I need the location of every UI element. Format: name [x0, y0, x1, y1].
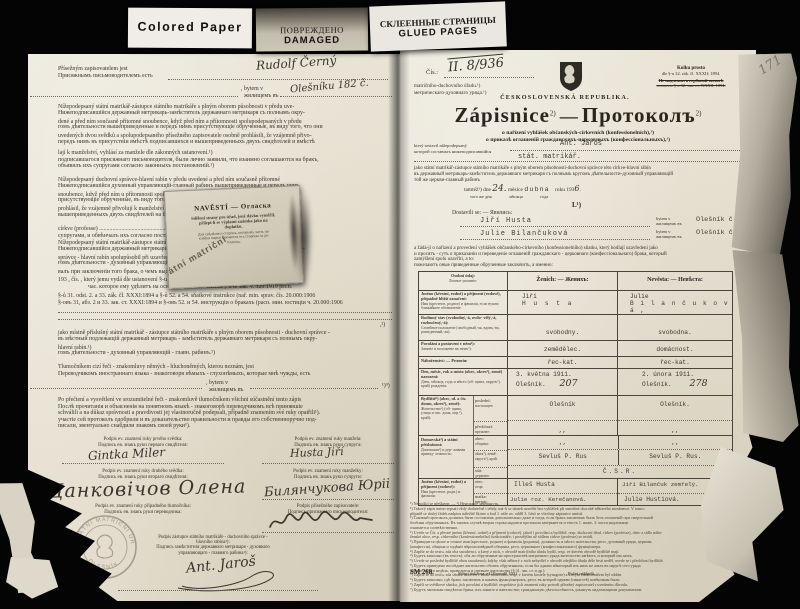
left-page: Přísežným zapisovatelem jest Присяжнымъ …: [28, 54, 400, 601]
text-line: Нижеподписавшійся державный метрикарь-за…: [58, 111, 392, 117]
table-row-citizenship: Domovská³) a státní příslušnost: Домовск…: [419, 436, 732, 479]
state-value-spanning: Č.S.R.: [508, 466, 732, 475]
table-row-birth: Den, měsíc, rok a místo (obec, okres³), …: [419, 369, 732, 396]
groom-column-header: Ženich: — Женихъ:: [508, 272, 618, 290]
bride-name-typed: Julie Bilančuková: [480, 230, 568, 238]
registrar-role-typed: stát. matrikář.: [518, 153, 581, 161]
dark-blotch: [296, 190, 312, 286]
print-run-note: Počet nákladů.: [568, 571, 595, 576]
svg-text:STÁTNÍ MATRIČNÍ ÚŘAD: STÁTNÍ MATRIČNÍ ÚŘAD: [72, 514, 137, 545]
bride-residence-typed: Olešník č.: [696, 229, 737, 237]
bride-bytem-ru: жилищемъ въ: [656, 234, 682, 240]
dept-cs: matričního-duchovního úřadu.¹): [414, 83, 480, 89]
paragraph-declaration-1: Nížepodepsaný státní matrikář-zástupce s…: [58, 105, 392, 149]
bytem2-cs: , bytem v: [206, 380, 228, 386]
first-witness-signature: Gintka Miler: [88, 445, 166, 463]
date-day-handwriting: 24.: [492, 184, 506, 194]
svg-text:OLEŠNÍK: OLEŠNÍK: [87, 558, 121, 571]
table-row-occupation: Povolání a postavení v něm²): Занятіе и …: [419, 341, 732, 357]
groom-residence-typed: Olešník č.: [696, 216, 737, 224]
title-russian: Протоколъ: [582, 103, 696, 127]
dept-ru: метрическаго-духовнаго уряда.¹): [414, 90, 486, 96]
groom-bytem-ru: жилищемъ въ: [656, 221, 682, 227]
who-ru: которой составилъ нижеподписавшійся: [414, 149, 491, 155]
czechoslovak-coat-of-arms: [558, 60, 584, 92]
paragraph-request: a žádá-jí o nařízení a provedení vyhláše…: [414, 246, 750, 268]
protocol-number-handwriting: II. 8/936: [447, 54, 504, 76]
stamp-bottom-text: OLEŠNÍK: [87, 558, 121, 571]
navesti-pasted-slip: NAVĚSTÍ — Огласка Sdělení strany pro úřa…: [164, 185, 304, 289]
paragraph-capacity: jako státní matrikář-zástupce státního m…: [414, 166, 744, 183]
title-czech: Zápisnice: [455, 103, 550, 127]
bride-column-header: Nevěsta: — Невѣста:: [618, 272, 732, 290]
document-title: Zápisnice2) — Протоколъ2): [400, 103, 756, 128]
final-signature-label: Podpis zástupce státního matrikáře - duc…: [138, 535, 288, 556]
text-line: Tlumočníkem cizí řeči - znakomluvy němýc…: [58, 364, 392, 371]
text-line: гомъ дѣятельности - духовный управляющій…: [58, 351, 392, 357]
paragraph-approval: Po přečtení a vysvětlení ve srozumitelné…: [58, 397, 392, 430]
subtitle-cs: o nařízení vyhlášek občanských-církevníc…: [400, 130, 756, 136]
text-line: управляющаго - главнаго рабина¹):: [138, 551, 288, 556]
glued-pages-slip: СКЛЕЕННЫЕ СТРАНИЦЫ GLUED PAGES: [369, 1, 507, 51]
text-line: писали, эвентуально снабдили знакомъ сво…: [58, 423, 392, 430]
page-gutter-shadow: [388, 50, 410, 602]
l-mark: L¹): [572, 201, 581, 209]
republic-heading: ČESKOSLOVENSKÁ REPUBLIKA.: [490, 94, 640, 101]
paragraph-local-registrar: jako místně příslušný státní matrikář - …: [58, 331, 392, 360]
damaged-slip: ПОВРЕЖДЕНО DAMAGED: [256, 8, 368, 52]
appeared-label: Dostavili se: — Явились:: [452, 210, 512, 216]
text-line: гомъ дѣятельности вышеприведенные и пере…: [58, 125, 392, 131]
par-31-ru: §-овъ 31, абз. 2 и 33. зак. ст. XXXI:189…: [58, 300, 398, 306]
clerk-name-handwriting: Rudolf Černý: [256, 53, 337, 73]
table-row-name: Jméno (křestní, rodné) a příjmení (rodov…: [419, 291, 732, 315]
sig-label-interpreter: Podpis ev. znamení ruky případného tlumo…: [54, 504, 232, 515]
text-line: пожелаютъ оные приведенные обрученные за…: [414, 263, 750, 269]
persons-table: Osobní údaj: Личное указаніе: Ženich: — …: [418, 271, 733, 506]
registrar-name-typed: Ant. Jaroš: [560, 140, 602, 148]
bytem-label-ru: жилищемъ въ: [244, 93, 278, 99]
par-31-cs: §-ů 31. odst. 2. a 33. zák. čl. XXXI:189…: [58, 293, 398, 299]
wife-signature: Билянчукова Юріі: [264, 477, 391, 501]
text-line: въ мѣстный подлежащій державный метрикар…: [58, 337, 392, 343]
colored-paper-label: Colored Paper: [128, 20, 252, 35]
stamp-top-text: STÁTNÍ MATRIČNÍ ÚŘAD: [72, 514, 137, 545]
table-header-row: Osobní údaj: Личное указаніе: Ženich: — …: [419, 272, 732, 291]
text-line: передъ нимъ въ присутствіи вмѣстѣ подпис…: [58, 140, 392, 146]
second-witness-signature: Данковічов Олена: [48, 475, 247, 502]
comma-sup-2: ,²): [380, 322, 385, 328]
text-line: Подпись замѣстителя державнаго метрикаря…: [138, 545, 288, 550]
damaged-label-en: DAMAGED: [256, 35, 368, 47]
text-line: Переводчикомъ иностраннаго языка - знако…: [58, 371, 392, 378]
paragraph-interpreter: Tlumočníkem cizí řeči - znakomluvy němýc…: [58, 364, 392, 378]
date-line: tamtéž¹) dne 24. měsíce dubna roku 1936.: [464, 186, 581, 193]
scanned-archive-document: Přísežným zapisovatelem jest Присяжнымъ …: [0, 0, 800, 609]
clerk-residence-handwriting: Olešníku 182 č.: [290, 78, 369, 96]
colored-paper-slip: Colored Paper: [128, 8, 252, 49]
form-number: SM 268.: [410, 569, 434, 576]
number-label: Čís.:: [426, 70, 438, 76]
table-row-religion: Náboženství: — Религія: řec-kat. řec-kat…: [419, 357, 732, 369]
printer-imprint: Státní tiskárna v Užhorodě 1931.: [458, 571, 519, 576]
stamp-duty-note: Kolku prosto dle §-u 32. zák. čl. XXXII:…: [632, 66, 750, 88]
table-row-marital-status: Rodinný stav (svobodný,-á, ovdo- vělý,-á…: [419, 315, 732, 341]
date-line-ru: того же дня мѣсяца года: [470, 194, 548, 200]
date-month-typed: dubna: [524, 186, 549, 194]
clerk-label-cs: Přísežným zapisovatelem jest: [58, 66, 128, 72]
birth-number-handwriting: 278: [689, 378, 707, 389]
bytem2-ru: жилищемъ въ: [209, 387, 243, 393]
bytem-label-cs: , bytem v: [241, 86, 263, 92]
text-line: lají k manželství, vyhlásí za manžele dl…: [58, 150, 392, 157]
birth-number-handwriting: 207: [559, 378, 577, 389]
locus-sigilli: L. S.: [68, 542, 79, 548]
text-line: той же церкви-главный рабинъ: [414, 178, 744, 184]
text-line: объявилъ ихъ супругами согласно законных…: [58, 163, 392, 170]
table-row-residence: Bydliště³) (obec, ul. a čís. domu, okres…: [419, 396, 732, 436]
text-line: ⁷) Будутъ записаны свидѣтели брака, ихъ …: [410, 588, 754, 593]
round-registry-stamp: STÁTNÍ MATRIČNÍ ÚŘAD OLEŠNÍK: [72, 514, 138, 580]
groom-name-typed: Jiří Husta: [480, 217, 532, 225]
paragraph-declaration-2: lají k manželství, vyhlásí za manžele dl…: [58, 150, 392, 170]
clerk-label-ru: Присяжнымъ письмоводителемъ есть: [58, 73, 153, 79]
husband-signature: Husta Jiří: [290, 445, 344, 460]
registrar-signature-flourish: [168, 560, 288, 594]
